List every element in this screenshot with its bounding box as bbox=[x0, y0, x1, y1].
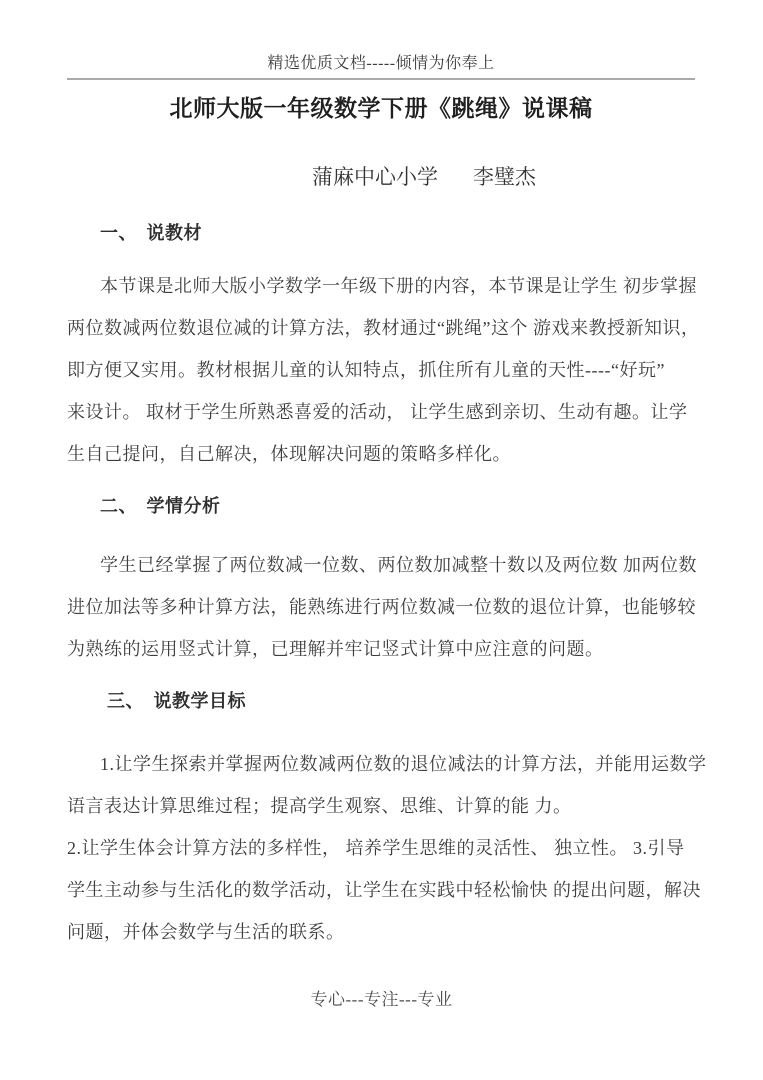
paragraph-line: 为熟练的运用竖式计算，已理解并牢记竖式计算中应注意的问题。 bbox=[67, 628, 695, 670]
paragraph-line: 生自己提问，自己解决，体现解决问题的策略多样化。 bbox=[67, 433, 695, 475]
header-slogan: 精选优质文档-----倾情为你奉上 bbox=[67, 55, 695, 73]
paragraph-line: 语言表达计算思维过程；提高学生观察、思维、计算的能 力。 bbox=[67, 785, 695, 827]
paragraph-line: 学生主动参与生活化的数学活动，让学生在实践中轻松愉快 的提出问题，解决 bbox=[67, 869, 695, 911]
paragraph-line: 本节课是北师大版小学数学一年级下册的内容，本节课是让学生 初步掌握 bbox=[67, 265, 695, 307]
author-name: 李璧杰 bbox=[473, 165, 536, 189]
author-school: 蒲麻中心小学 bbox=[312, 165, 438, 189]
paragraph-line: 来设计。 取材于学生所熟悉喜爱的活动， 让学生感到亲切、生动有趣。让学 bbox=[67, 391, 695, 433]
author-line: 蒲麻中心小学李璧杰 bbox=[67, 164, 695, 190]
section-heading-1: 一、 说教材 bbox=[67, 221, 695, 245]
paragraph-line: 两位数减两位数退位减的计算方法，教材通过“跳绳”这个 游戏来教授新知识， bbox=[67, 307, 695, 349]
paragraph-line: 问题，并体会数学与生活的联系。 bbox=[67, 911, 695, 953]
paragraph-line: 学生已经掌握了两位数减一位数、两位数加减整十数以及两位数 加两位数 bbox=[67, 544, 695, 586]
document-title: 北师大版一年级数学下册《跳绳》说课稿 bbox=[67, 94, 695, 124]
paragraph-line: 2.让学生体会计算方法的多样性， 培养学生思维的灵活性、 独立性。 3.引导 bbox=[67, 827, 695, 869]
paragraph-line: 即方便又实用。教材根据儿童的认知特点，抓住所有儿童的天性----“好玩” bbox=[67, 349, 695, 391]
section-heading-3: 三、 说教学目标 bbox=[67, 689, 695, 713]
page-footer: 专心---专注---专业 bbox=[0, 990, 763, 1010]
paragraph-line: 1.让学生探索并掌握两位数减两位数的退位减法的计算方法，并能用运数学 bbox=[67, 743, 695, 785]
document-body: 一、 说教材 本节课是北师大版小学数学一年级下册的内容，本节课是让学生 初步掌握… bbox=[67, 221, 695, 953]
paragraph-line: 进位加法等多种计算方法，能熟练进行两位数减一位数的退位计算，也能够较 bbox=[67, 586, 695, 628]
section-1-paragraph: 本节课是北师大版小学数学一年级下册的内容，本节课是让学生 初步掌握 两位数减两位… bbox=[67, 265, 695, 475]
section-3-paragraph: 1.让学生探索并掌握两位数减两位数的退位减法的计算方法，并能用运数学 语言表达计… bbox=[67, 743, 695, 953]
page-header: 精选优质文档-----倾情为你奉上 bbox=[67, 0, 695, 80]
document-page: 精选优质文档-----倾情为你奉上 北师大版一年级数学下册《跳绳》说课稿 蒲麻中… bbox=[0, 0, 763, 1080]
section-heading-2: 二、 学情分析 bbox=[67, 494, 695, 518]
section-2-paragraph: 学生已经掌握了两位数减一位数、两位数加减整十数以及两位数 加两位数 进位加法等多… bbox=[67, 544, 695, 670]
